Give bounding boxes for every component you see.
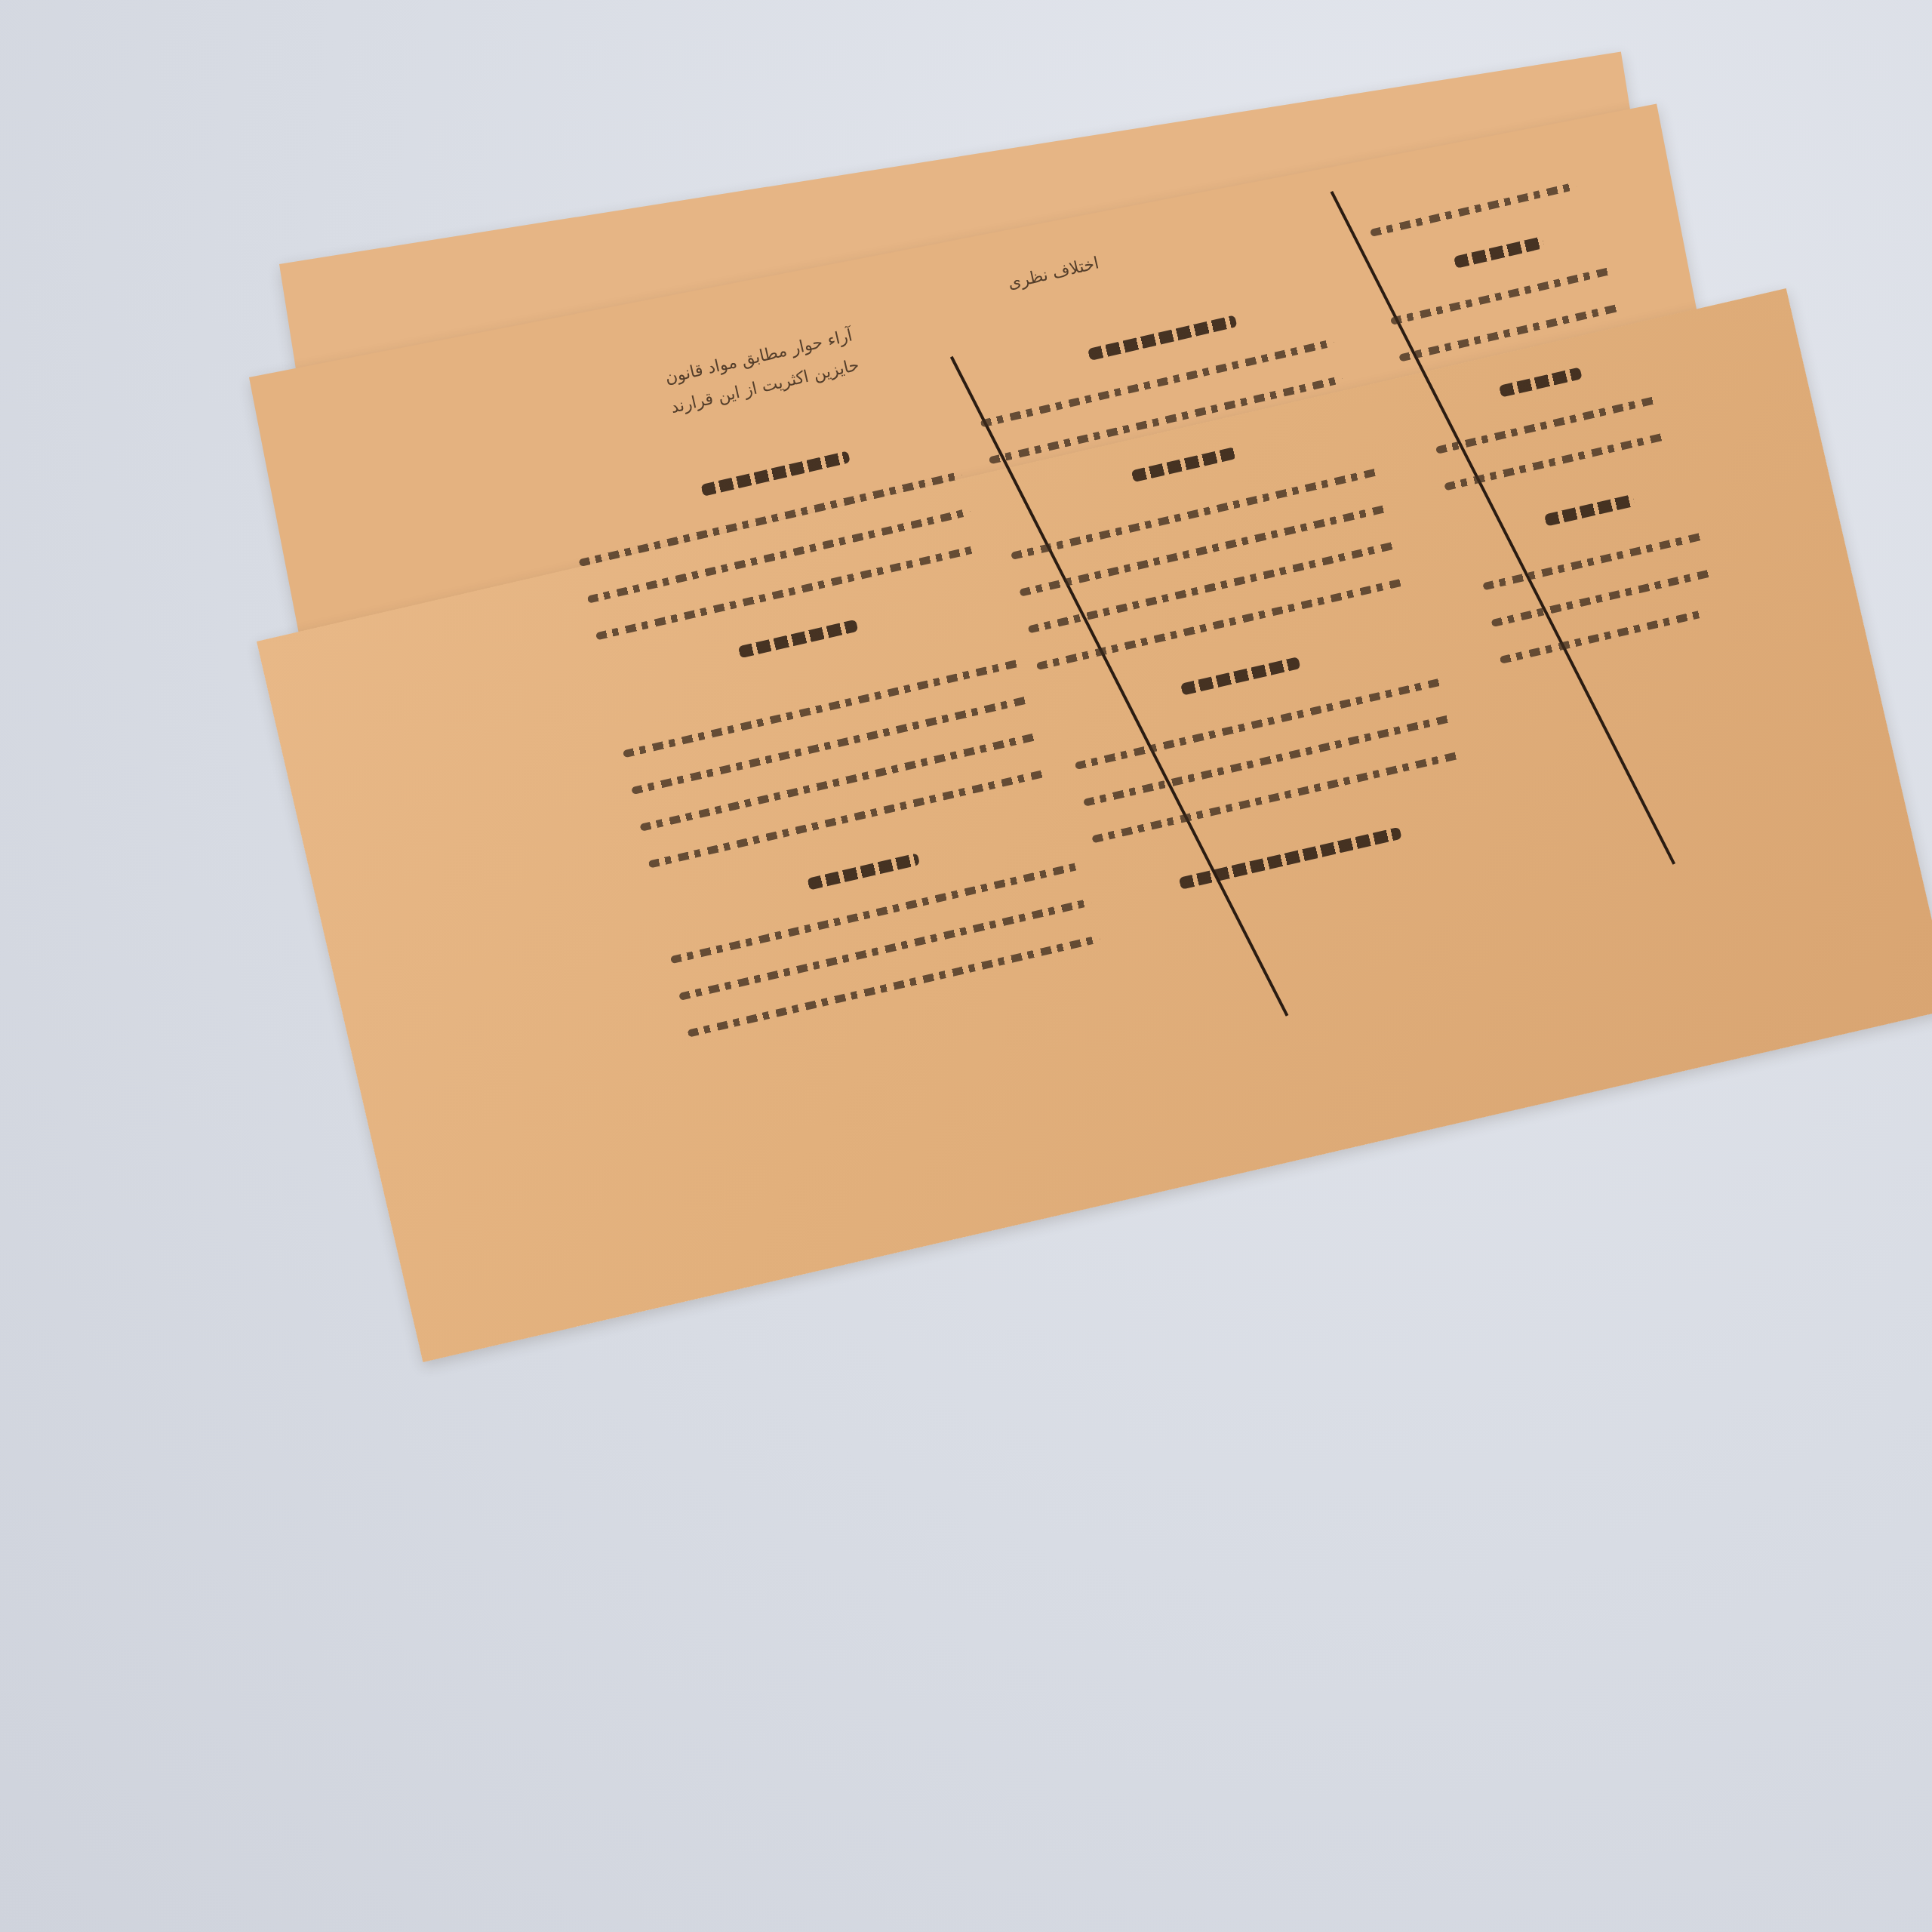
photo-scene: آراء حوار مطابق مواد قانون حایزین اکثریت… (0, 0, 1932, 1932)
column-heading (1544, 494, 1635, 527)
column-heading (1499, 367, 1583, 397)
text-line (1028, 541, 1397, 633)
column-heading (738, 620, 858, 659)
column-heading (1180, 657, 1300, 696)
text-line (595, 545, 980, 641)
text-line (1011, 468, 1380, 560)
column-heading (807, 853, 920, 890)
text-line (1091, 751, 1460, 843)
text-line (1019, 504, 1388, 596)
text-line (1075, 678, 1444, 770)
column-heading (1179, 827, 1402, 890)
text-line (1036, 578, 1405, 670)
column-heading (1131, 447, 1237, 482)
text-line (648, 769, 1047, 868)
